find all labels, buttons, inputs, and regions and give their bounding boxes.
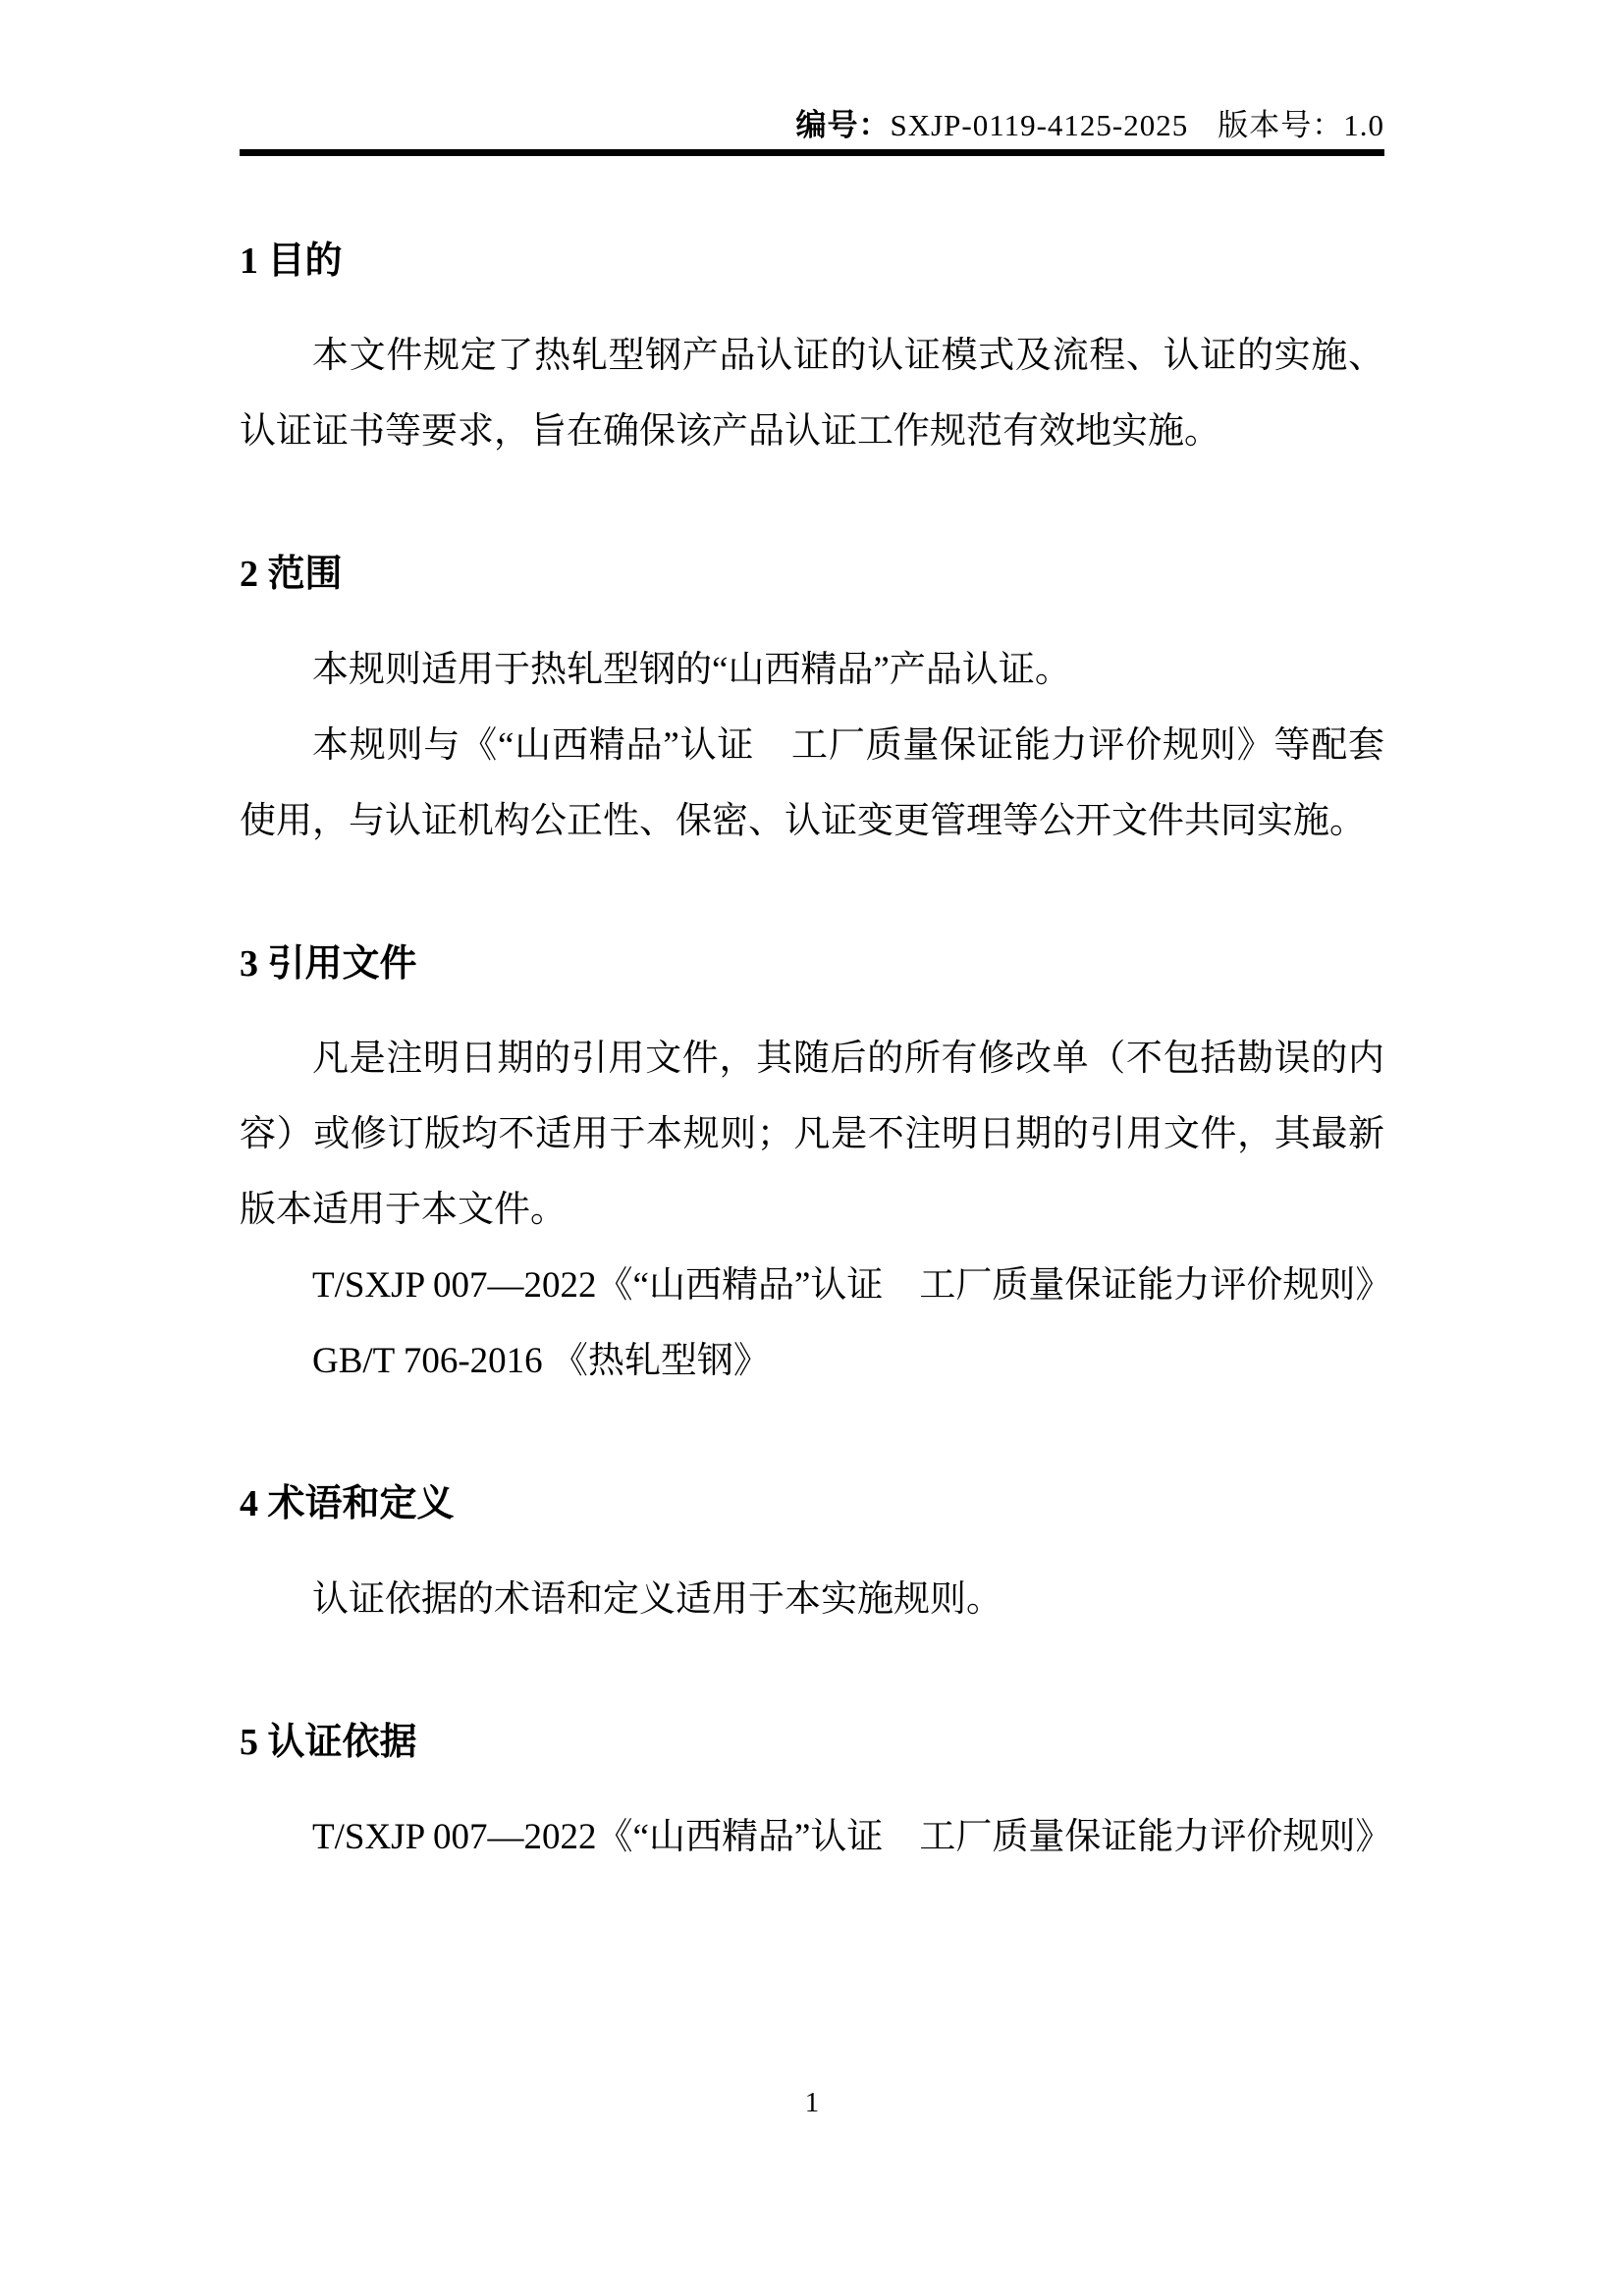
paragraph: 凡是注明日期的引用文件，其随后的所有修改单（不包括勘误的内容）或修订版均不适用于… <box>240 1021 1384 1248</box>
paragraph: 本规则适用于热轧型钢的“山西精品”产品认证。 <box>240 632 1384 708</box>
paragraph: 认证依据的术语和定义适用于本实施规则。 <box>240 1562 1384 1637</box>
document-body: 1 目的 本文件规定了热轧型钢产品认证的认证模式及流程、认证的实施、认证证书等要… <box>240 239 1384 1876</box>
header-rule <box>240 149 1384 156</box>
paragraph: 本规则与《“山西精品”认证 工厂质量保证能力评价规则》等配套使用，与认证机构公正… <box>240 708 1384 859</box>
doc-number-value: SXJP-0119-4125-2025 <box>890 108 1188 142</box>
paragraph: GB/T 706-2016 《热轧型钢》 <box>240 1323 1384 1399</box>
document-header: 编号：SXJP-0119-4125-2025版本号：1.0 <box>240 0 1384 156</box>
version-value: 1.0 <box>1343 108 1384 142</box>
section-heading: 2 范围 <box>240 552 1384 599</box>
document-footer: 1 <box>0 2086 1624 2120</box>
document-section: 4 术语和定义 认证依据的术语和定义适用于本实施规则。 <box>240 1481 1384 1637</box>
section-heading: 3 引用文件 <box>240 941 1384 988</box>
document-section: 1 目的 本文件规定了热轧型钢产品认证的认证模式及流程、认证的实施、认证证书等要… <box>240 239 1384 470</box>
doc-number-label: 编号： <box>795 108 890 142</box>
document-section: 3 引用文件 凡是注明日期的引用文件，其随后的所有修改单（不包括勘误的内容）或修… <box>240 941 1384 1400</box>
paragraph: T/SXJP 007—2022《“山西精品”认证 工厂质量保证能力评价规则》 <box>240 1799 1384 1875</box>
section-heading: 4 术语和定义 <box>240 1481 1384 1528</box>
document-section: 2 范围 本规则适用于热轧型钢的“山西精品”产品认证。本规则与《“山西精品”认证… <box>240 552 1384 859</box>
paragraph: 本文件规定了热轧型钢产品认证的认证模式及流程、认证的实施、认证证书等要求，旨在确… <box>240 318 1384 469</box>
page-number: 1 <box>805 2087 820 2118</box>
section-heading: 5 认证依据 <box>240 1720 1384 1767</box>
paragraph: T/SXJP 007—2022《“山西精品”认证 工厂质量保证能力评价规则》 <box>240 1248 1384 1323</box>
version-label: 版本号： <box>1218 108 1343 142</box>
section-heading: 1 目的 <box>240 239 1384 286</box>
document-page: 编号：SXJP-0119-4125-2025版本号：1.0 1 目的 本文件规定… <box>0 0 1624 2296</box>
header-meta: 编号：SXJP-0119-4125-2025版本号：1.0 <box>240 108 1384 143</box>
document-section: 5 认证依据 T/SXJP 007—2022《“山西精品”认证 工厂质量保证能力… <box>240 1720 1384 1876</box>
